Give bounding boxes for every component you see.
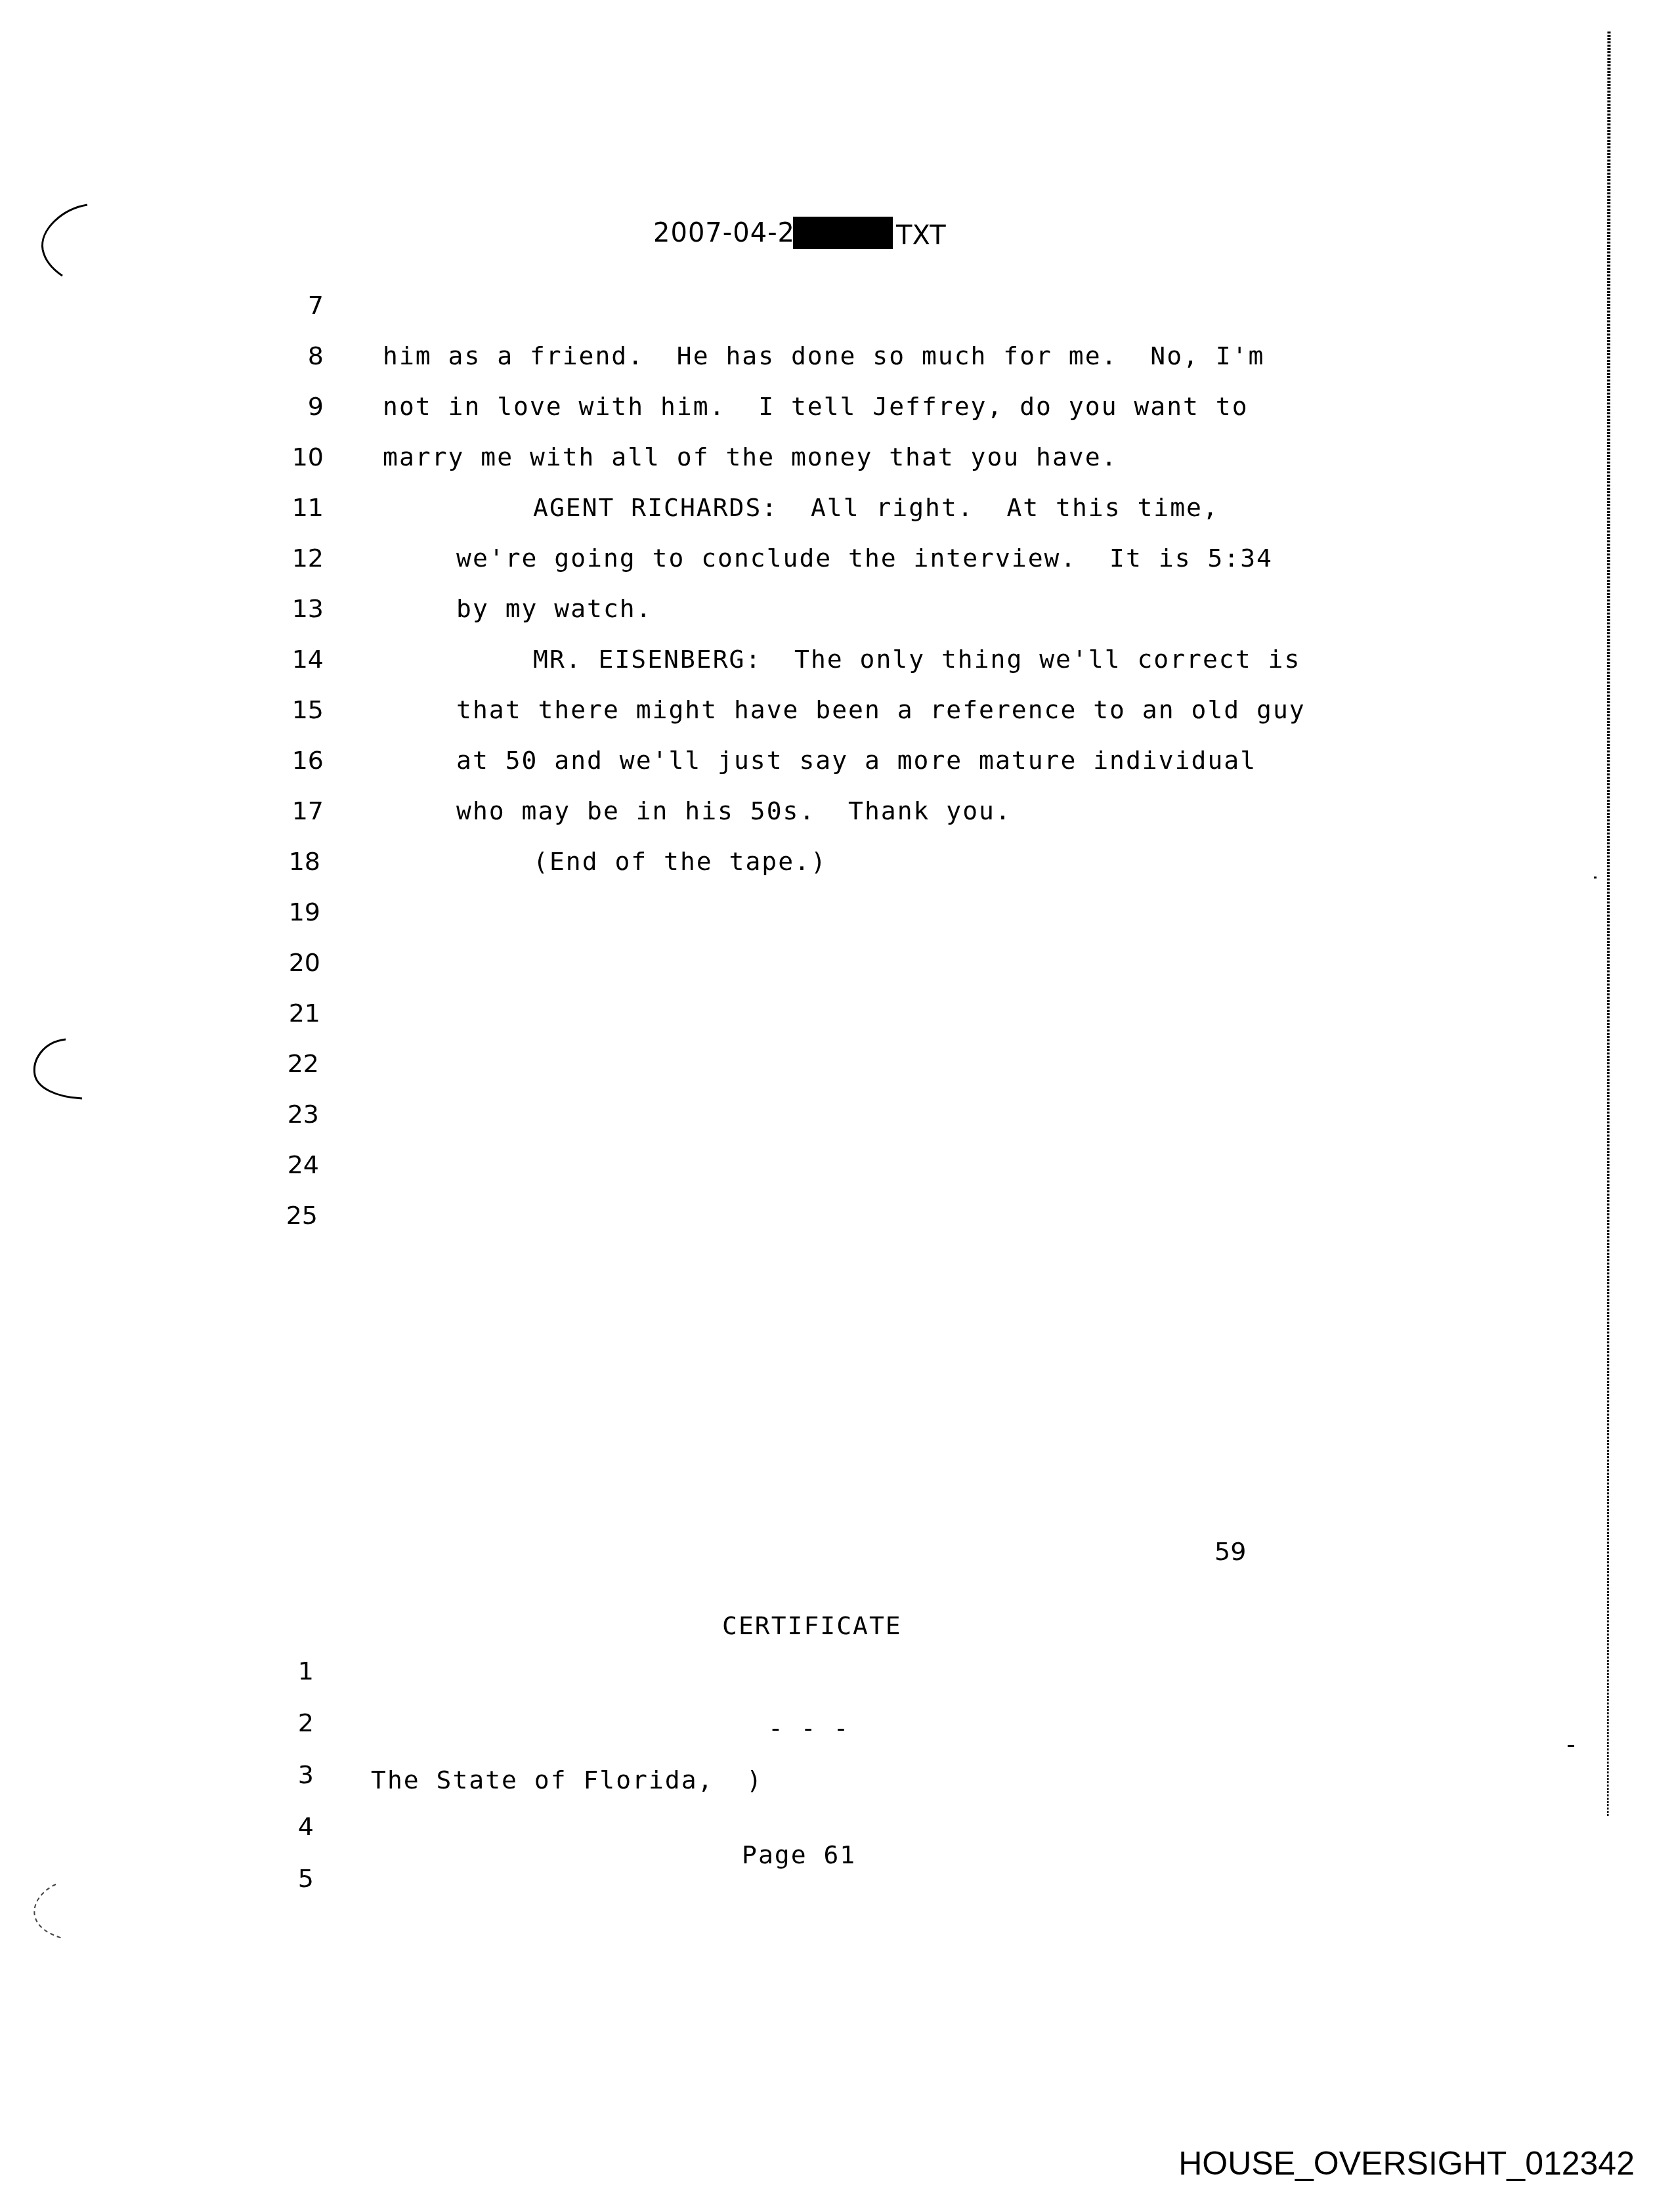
transcript-line: 23 bbox=[0, 1039, 1674, 1089]
transcript-line: 3 - - - bbox=[0, 1699, 1674, 1750]
transcript-line: 8 not in love with him. I tell Jeffrey, … bbox=[0, 280, 1674, 331]
transcript-line: 20 bbox=[0, 887, 1674, 938]
transcript-line: 17 (End of the tape.) bbox=[0, 735, 1674, 786]
transcript-line: 16 who may be in his 50s. Thank you. bbox=[0, 685, 1674, 735]
transcript-line: 1 CERTIFICATE bbox=[0, 1595, 1674, 1646]
page-number: 59 bbox=[1214, 1535, 1246, 1568]
transcript-line: 25 bbox=[0, 1140, 1674, 1190]
transcript-line: 24 bbox=[0, 1089, 1674, 1140]
line-number: 5 bbox=[268, 1854, 314, 1904]
line-number: 25 bbox=[272, 1190, 318, 1241]
transcript-line: 2 bbox=[0, 1647, 1674, 1698]
bates-number: HOUSE_OVERSIGHT_012342 bbox=[1178, 2144, 1635, 2183]
transcript-line: 4 The State of Florida, ) bbox=[0, 1751, 1674, 1802]
transcript-line: 19 bbox=[0, 836, 1674, 887]
separator-dashes: - - - bbox=[768, 1703, 849, 1754]
transcript-line: 21 bbox=[0, 938, 1674, 988]
transcript-line: 9 marry me with all of the money that yo… bbox=[0, 331, 1674, 381]
transcript-line: 12 by my watch. bbox=[0, 483, 1674, 533]
transcript-line: 7 him as a friend. He has done so much f… bbox=[0, 230, 1674, 280]
line-text: The State of Florida, ) bbox=[371, 1755, 763, 1806]
transcript-line: 14 that there might have been a referenc… bbox=[0, 584, 1674, 634]
certificate-title: CERTIFICATE bbox=[722, 1601, 902, 1651]
transcript-line: 13 MR. EISENBERG: The only thing we'll c… bbox=[0, 533, 1674, 584]
transcript-line: 11 we're going to conclude the interview… bbox=[0, 432, 1674, 483]
transcript-line: 18 bbox=[0, 786, 1674, 836]
document-page: 2007-04-25 TXT 7 him as a friend. He has… bbox=[0, 0, 1674, 2212]
footer-page-label: Page 61 bbox=[742, 1838, 856, 1871]
transcript-line: 22 bbox=[0, 988, 1674, 1039]
transcript-line: 15 at 50 and we'll just say a more matur… bbox=[0, 634, 1674, 685]
transcript-line: 10 AGENT RICHARDS: All right. At this ti… bbox=[0, 381, 1674, 432]
